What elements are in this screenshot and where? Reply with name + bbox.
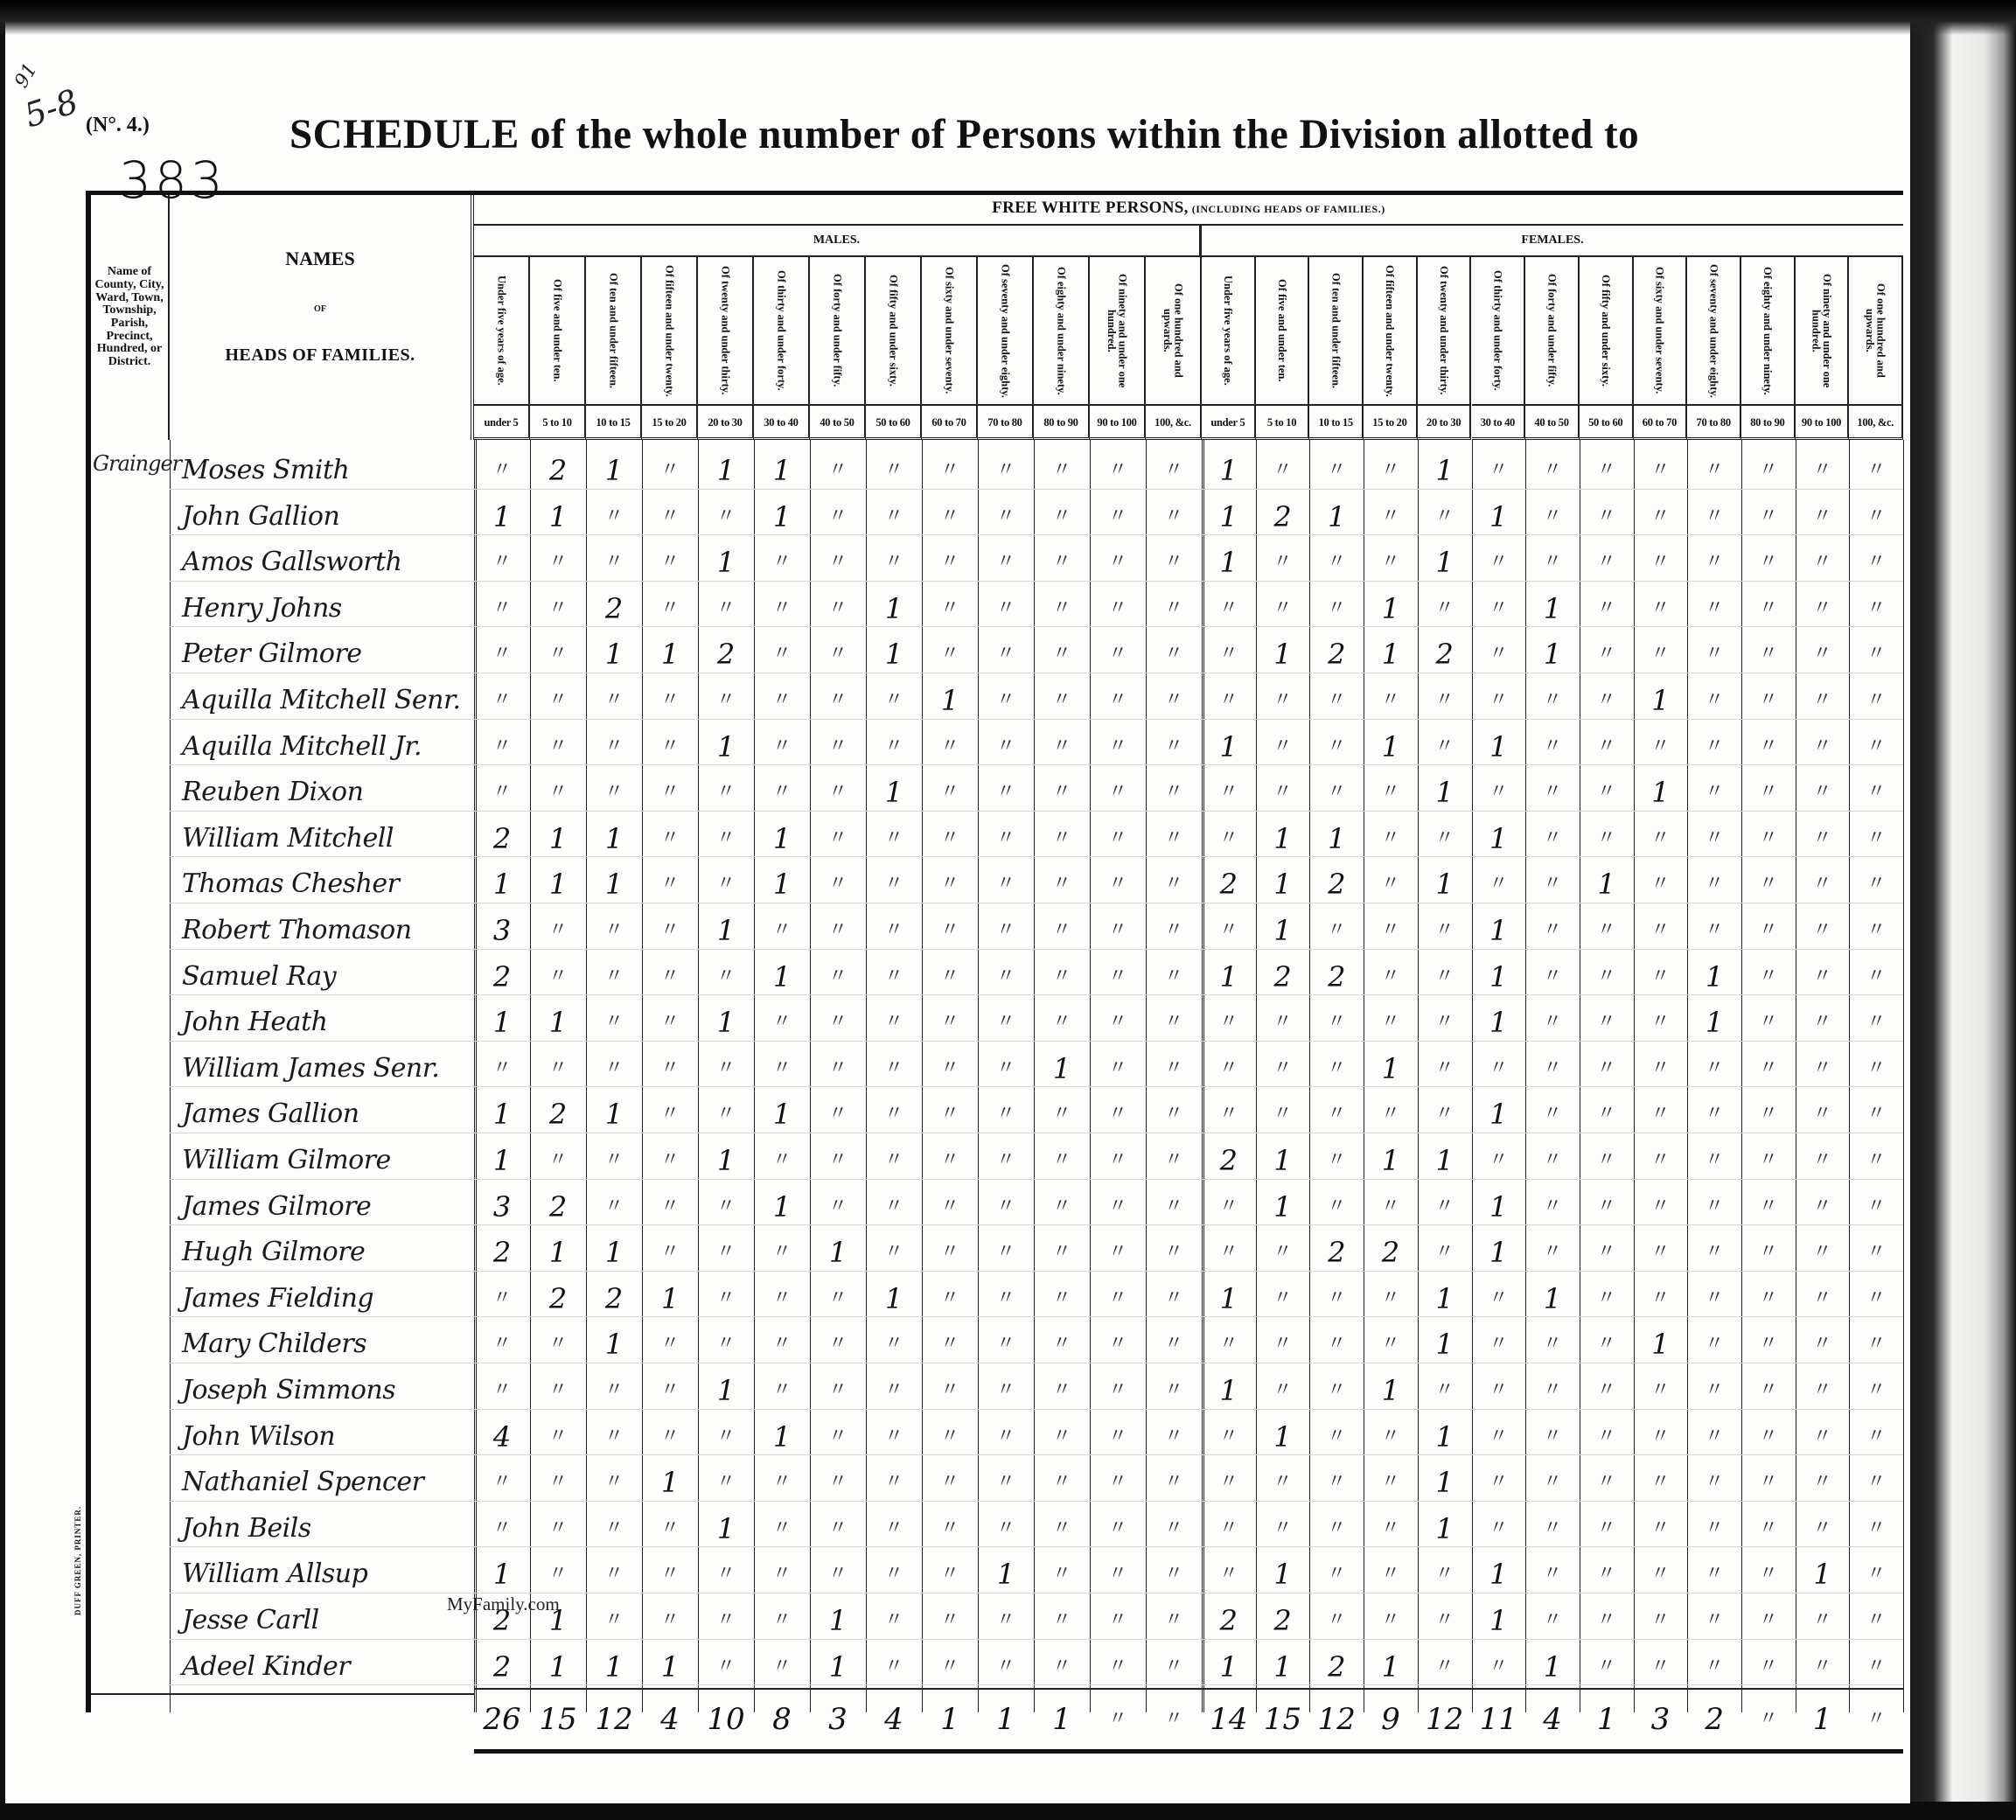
females-count-cell: 〃 — [1797, 1644, 1848, 1690]
females-count-cell: 〃 — [1635, 1184, 1685, 1230]
females-count-cell: 〃 — [1258, 1000, 1308, 1045]
females-age-range-label: under 5 — [1202, 404, 1256, 440]
age-column-description: Of thirty and under forty. — [776, 270, 787, 391]
males-count-cell: 〃 — [924, 1506, 975, 1552]
males-count-cell: 〃 — [701, 678, 751, 723]
females-count-cell: 〃 — [1635, 448, 1685, 493]
females-count-cell: 〃 — [1635, 1046, 1685, 1091]
county-column-header: Name of County, City, Ward, Town, Townsh… — [91, 195, 170, 440]
head-of-family-name: Amos Gallsworth — [182, 540, 402, 585]
column-divider — [1090, 440, 1091, 1712]
females-age-column-header: Of twenty and under thirty. — [1418, 257, 1472, 404]
males-count-cell: 〃 — [589, 494, 639, 540]
males-count-cell: 〃 — [645, 448, 695, 493]
males-count-cell: 2 — [533, 448, 583, 493]
head-of-family-name: Aquilla Mitchell Jr. — [182, 724, 422, 770]
head-of-family-name: William James Senr. — [182, 1046, 439, 1091]
census-table: Name of County, City, Ward, Town, Townsh… — [86, 191, 1903, 1712]
females-count-cell: 〃 — [1635, 494, 1685, 540]
females-count-cell: 〃 — [1203, 1552, 1254, 1597]
head-of-family-name: Jesse Carll — [182, 1598, 319, 1643]
males-count-cell: 〃 — [924, 770, 975, 815]
males-count-cell: 〃 — [924, 1276, 975, 1321]
males-count-cell: 〃 — [1148, 724, 1199, 770]
males-count-cell: 〃 — [1148, 1046, 1199, 1091]
females-count-cell: 〃 — [1203, 678, 1254, 723]
males-count-cell: 〃 — [589, 1414, 639, 1460]
males-count-cell: 2 — [477, 816, 527, 861]
males-count-cell: 〃 — [757, 1321, 807, 1367]
age-column-description: Of five and under ten. — [552, 279, 563, 382]
males-age-range-label: 5 to 10 — [530, 404, 586, 440]
males-count-cell: 〃 — [980, 1460, 1031, 1505]
females-age-column-header: Of fifteen and under twenty. — [1364, 257, 1418, 404]
males-count-cell: 〃 — [1092, 770, 1143, 815]
females-count-cell: 〃 — [1797, 586, 1848, 631]
females-count-cell: 〃 — [1689, 1184, 1740, 1230]
females-count-cell: 2 — [1258, 494, 1308, 540]
males-count-cell: 1 — [868, 1276, 919, 1321]
females-count-cell: 〃 — [1581, 1460, 1632, 1505]
head-of-family-name: Hugh Gilmore — [182, 1230, 365, 1275]
males-count-cell: 〃 — [1092, 816, 1143, 861]
females-count-cell: 〃 — [1797, 861, 1848, 907]
males-age-column-header: Of thirty and under forty. — [754, 257, 810, 404]
females-count-cell: 〃 — [1797, 1368, 1848, 1413]
males-count-cell: 〃 — [701, 1460, 751, 1505]
males-count-cell: 〃 — [813, 816, 863, 861]
females-count-cell: 〃 — [1689, 861, 1740, 907]
males-count-cell: 〃 — [1036, 816, 1087, 861]
females-count-cell: 1 — [1203, 448, 1254, 493]
females-count-cell: 〃 — [1258, 1460, 1308, 1505]
females-count-cell: 〃 — [1203, 1506, 1254, 1552]
males-count-cell: 〃 — [477, 1368, 527, 1413]
males-count-cell: 〃 — [645, 1000, 695, 1045]
females-count-cell: 1 — [1635, 678, 1685, 723]
age-column-description: Of forty and under fifty. — [1546, 274, 1558, 387]
females-count-cell: 〃 — [1689, 1091, 1740, 1137]
females-count-cell: 〃 — [1635, 1091, 1685, 1137]
females-age-column-header: Of forty and under fifty. — [1525, 257, 1580, 404]
females-age-column-header: Of eighty and under ninety. — [1741, 257, 1796, 404]
females-count-cell: 〃 — [1365, 540, 1416, 585]
males-count-cell: 〃 — [701, 861, 751, 907]
females-count-cell: 〃 — [1635, 1138, 1685, 1183]
females-count-cell: 1 — [1689, 1000, 1740, 1045]
males-count-cell: 〃 — [757, 540, 807, 585]
females-count-cell: 〃 — [1797, 1138, 1848, 1183]
males-count-cell: 〃 — [645, 1046, 695, 1091]
males-count-cell: 〃 — [868, 1138, 919, 1183]
females-count-cell: 〃 — [1258, 1276, 1308, 1321]
males-count-cell: 2 — [589, 1276, 639, 1321]
males-count-cell: 〃 — [868, 861, 919, 907]
females-count-cell: 〃 — [1581, 1368, 1632, 1413]
males-count-cell: 〃 — [701, 1230, 751, 1275]
females-count-cell: 〃 — [1365, 678, 1416, 723]
head-of-family-name: John Wilson — [182, 1414, 335, 1460]
males-count-cell: 〃 — [1036, 1276, 1087, 1321]
age-column-description: Of fifteen and under twenty. — [1385, 265, 1396, 397]
females-total-cell: 12 — [1311, 1697, 1362, 1742]
males-count-cell: 2 — [533, 1276, 583, 1321]
column-divider — [1903, 440, 1904, 1712]
females-count-cell: 〃 — [1581, 908, 1632, 953]
females-count-cell: 2 — [1311, 631, 1362, 677]
males-count-cell: 〃 — [813, 954, 863, 1000]
females-count-cell: 〃 — [1581, 1184, 1632, 1230]
males-count-cell: 〃 — [477, 1460, 527, 1505]
females-age-column-header: Of ninety and under one hundred. — [1796, 257, 1850, 404]
column-divider — [1580, 440, 1580, 1712]
males-count-cell: 〃 — [924, 1598, 975, 1643]
males-count-cell: 〃 — [924, 908, 975, 953]
females-count-cell: 〃 — [1743, 1368, 1794, 1413]
males-count-cell: 1 — [868, 586, 919, 631]
head-of-family-name: James Fielding — [182, 1276, 373, 1321]
males-count-cell: 〃 — [980, 1138, 1031, 1183]
males-count-cell: 〃 — [1036, 1000, 1087, 1045]
females-count-cell: 〃 — [1635, 1276, 1685, 1321]
males-count-cell: 〃 — [757, 724, 807, 770]
males-count-cell: 〃 — [813, 908, 863, 953]
females-count-cell: 〃 — [1420, 586, 1470, 631]
males-age-column-header: Of eighty and under ninety. — [1034, 257, 1090, 404]
females-count-cell: 〃 — [1635, 1552, 1685, 1597]
females-count-cell: 〃 — [1851, 1644, 1901, 1690]
males-count-cell: 〃 — [813, 494, 863, 540]
females-count-cell: 〃 — [1581, 1321, 1632, 1367]
males-count-cell: 2 — [589, 586, 639, 631]
females-count-cell: 〃 — [1581, 1414, 1632, 1460]
males-count-cell: 〃 — [1092, 1138, 1143, 1183]
males-total-cell: 1 — [980, 1697, 1031, 1742]
females-count-cell: 1 — [1420, 1321, 1470, 1367]
females-count-cell: 〃 — [1473, 448, 1524, 493]
age-column-description: Of twenty and under thirty. — [720, 266, 731, 394]
males-count-cell: 〃 — [980, 1276, 1031, 1321]
females-count-cell: 〃 — [1311, 770, 1362, 815]
females-count-cell: 〃 — [1851, 1321, 1901, 1367]
females-count-cell: 〃 — [1851, 494, 1901, 540]
males-age-column-header: Of forty and under fifty. — [810, 257, 866, 404]
age-column-description: Of eighty and under ninety. — [1762, 267, 1774, 395]
males-count-cell: 〃 — [1148, 1506, 1199, 1552]
females-count-cell: 〃 — [1527, 1506, 1578, 1552]
column-divider — [1741, 440, 1742, 1712]
females-count-cell: 〃 — [1851, 631, 1901, 677]
females-count-cell: 〃 — [1581, 631, 1632, 677]
females-total-cell: 9 — [1365, 1697, 1416, 1742]
males-count-cell: 〃 — [1148, 1138, 1199, 1183]
females-count-cell: 〃 — [1635, 1000, 1685, 1045]
females-count-cell: 〃 — [1851, 1046, 1901, 1091]
females-count-cell: 〃 — [1743, 908, 1794, 953]
females-count-cell: 1 — [1527, 1644, 1578, 1690]
males-count-cell: 〃 — [757, 1276, 807, 1321]
males-count-cell: 〃 — [645, 1598, 695, 1643]
males-total-cell: 〃 — [1092, 1697, 1143, 1742]
males-count-cell: 〃 — [477, 540, 527, 585]
age-column-description: Of seventy and under eighty. — [1708, 264, 1720, 398]
males-count-cell: 〃 — [645, 908, 695, 953]
females-count-cell: 2 — [1420, 631, 1470, 677]
females-age-column-header: Under five years of age. — [1202, 257, 1256, 404]
head-of-family-name: Mary Childers — [182, 1321, 366, 1367]
males-count-cell: 〃 — [1036, 540, 1087, 585]
head-of-family-name: James Gallion — [182, 1091, 359, 1137]
females-count-cell: 〃 — [1365, 1321, 1416, 1367]
column-divider — [810, 440, 811, 1712]
males-count-cell: 〃 — [533, 954, 583, 1000]
males-total-cell: 4 — [645, 1697, 695, 1742]
females-count-cell: 2 — [1203, 1138, 1254, 1183]
females-count-cell: 〃 — [1743, 1230, 1794, 1275]
males-count-cell: 〃 — [645, 861, 695, 907]
females-count-cell: 〃 — [1420, 1552, 1470, 1597]
males-count-cell: 〃 — [813, 1000, 863, 1045]
males-count-cell: 〃 — [645, 540, 695, 585]
males-count-cell: 〃 — [757, 770, 807, 815]
males-count-cell: 1 — [757, 816, 807, 861]
males-total-cell: 12 — [589, 1697, 639, 1742]
females-count-cell: 〃 — [1365, 954, 1416, 1000]
total-line-left — [91, 1693, 474, 1695]
males-count-cell: 〃 — [980, 724, 1031, 770]
males-count-cell: 〃 — [1092, 586, 1143, 631]
females-count-cell: 〃 — [1365, 861, 1416, 907]
females-count-cell: 〃 — [1365, 1552, 1416, 1597]
males-count-cell: 〃 — [1092, 954, 1143, 1000]
males-count-cell: 4 — [477, 1414, 527, 1460]
males-count-cell: 〃 — [1148, 1460, 1199, 1505]
males-count-cell: 1 — [645, 1276, 695, 1321]
males-count-cell: 〃 — [757, 1230, 807, 1275]
females-age-range-label: 60 to 70 — [1634, 404, 1688, 440]
males-count-cell: 〃 — [645, 1321, 695, 1367]
males-count-cell: 〃 — [645, 1368, 695, 1413]
column-divider — [1634, 440, 1635, 1712]
females-count-cell: 〃 — [1743, 678, 1794, 723]
females-count-cell: 〃 — [1797, 631, 1848, 677]
males-count-cell: 〃 — [1092, 631, 1143, 677]
females-count-cell: 〃 — [1581, 448, 1632, 493]
females-count-cell: 〃 — [1527, 1321, 1578, 1367]
head-of-family-name: Henry Johns — [182, 586, 342, 631]
females-count-cell: 1 — [1420, 1414, 1470, 1460]
males-total-cell: 1 — [924, 1697, 975, 1742]
males-count-cell: 〃 — [533, 586, 583, 631]
females-total-cell: 1 — [1581, 1697, 1632, 1742]
males-count-cell: 〃 — [980, 494, 1031, 540]
females-count-cell: 〃 — [1797, 724, 1848, 770]
males-count-cell: 2 — [701, 631, 751, 677]
females-count-cell: 〃 — [1743, 540, 1794, 585]
females-count-cell: 〃 — [1365, 1460, 1416, 1505]
males-age-range-label: 30 to 40 — [754, 404, 810, 440]
head-of-family-name: Samuel Ray — [182, 954, 336, 1000]
age-column-description: Of ninety and under one hundred. — [1106, 261, 1128, 401]
males-count-cell: 〃 — [477, 631, 527, 677]
females-count-cell: 2 — [1203, 1598, 1254, 1643]
females-count-cell: 〃 — [1743, 1598, 1794, 1643]
males-count-cell: 1 — [813, 1598, 863, 1643]
females-count-cell: 〃 — [1420, 908, 1470, 953]
age-column-description: Of seventy and under eighty. — [1000, 264, 1011, 398]
females-count-cell: 〃 — [1797, 1321, 1848, 1367]
males-age-range-label: 50 to 60 — [866, 404, 922, 440]
males-count-cell: 1 — [645, 1460, 695, 1505]
males-count-cell: 〃 — [1148, 1368, 1199, 1413]
males-count-cell: 〃 — [868, 1644, 919, 1690]
females-count-cell: 1 — [1258, 861, 1308, 907]
females-count-cell: 〃 — [1527, 954, 1578, 1000]
females-count-cell: 〃 — [1203, 816, 1254, 861]
females-count-cell: 〃 — [1311, 908, 1362, 953]
males-count-cell: 〃 — [589, 678, 639, 723]
head-of-family-name: Adeel Kinder — [182, 1644, 350, 1690]
males-age-column-header: Of sixty and under seventy. — [922, 257, 978, 404]
males-count-cell: 〃 — [589, 1138, 639, 1183]
males-count-cell: 〃 — [477, 770, 527, 815]
males-count-cell: 1 — [813, 1644, 863, 1690]
males-count-cell: 〃 — [980, 954, 1031, 1000]
males-count-cell: 〃 — [701, 1091, 751, 1137]
head-of-family-name: William Gilmore — [182, 1138, 391, 1183]
females-count-cell: 〃 — [1527, 1230, 1578, 1275]
females-count-cell: 〃 — [1581, 1230, 1632, 1275]
males-total-cell: 26 — [477, 1697, 527, 1742]
females-count-cell: 〃 — [1473, 1506, 1524, 1552]
males-count-cell: 〃 — [813, 1046, 863, 1091]
females-count-cell: 1 — [1473, 1000, 1524, 1045]
males-count-cell: 〃 — [757, 1460, 807, 1505]
males-count-cell: 〃 — [924, 861, 975, 907]
females-count-cell: 〃 — [1851, 448, 1901, 493]
females-count-cell: 〃 — [1473, 1644, 1524, 1690]
column-divider — [1256, 440, 1257, 1712]
females-count-cell: 1 — [1203, 1368, 1254, 1413]
males-count-cell: 〃 — [1036, 1091, 1087, 1137]
males-count-cell: 〃 — [868, 1230, 919, 1275]
females-count-cell: 1 — [1473, 816, 1524, 861]
females-count-cell: 1 — [1473, 908, 1524, 953]
females-count-cell: 〃 — [1581, 954, 1632, 1000]
males-count-cell: 1 — [701, 908, 751, 953]
females-age-column-header: Of ten and under fifteen. — [1309, 257, 1364, 404]
females-total-cell: 15 — [1258, 1697, 1308, 1742]
column-divider — [1309, 440, 1310, 1712]
males-count-cell: 〃 — [868, 1184, 919, 1230]
males-count-cell: 〃 — [1036, 1414, 1087, 1460]
males-count-cell: 〃 — [533, 1321, 583, 1367]
females-count-cell: 〃 — [1797, 770, 1848, 815]
males-count-cell: 〃 — [1036, 631, 1087, 677]
bottom-rule — [474, 1749, 1903, 1754]
females-count-cell: 1 — [1311, 816, 1362, 861]
females-total-cell: 14 — [1203, 1697, 1254, 1742]
females-count-cell: 〃 — [1420, 1000, 1470, 1045]
males-count-cell: 1 — [477, 861, 527, 907]
column-divider — [1418, 440, 1419, 1712]
males-count-cell: 1 — [533, 816, 583, 861]
males-count-cell: 〃 — [757, 678, 807, 723]
females-total-cell: 11 — [1473, 1697, 1524, 1742]
males-count-cell: 〃 — [813, 1552, 863, 1597]
males-count-cell: 〃 — [813, 586, 863, 631]
females-count-cell: 〃 — [1689, 494, 1740, 540]
head-of-family-name: Peter Gilmore — [182, 631, 362, 677]
females-total-cell: 4 — [1527, 1697, 1578, 1742]
males-count-cell: 〃 — [645, 494, 695, 540]
males-count-cell: 〃 — [868, 1460, 919, 1505]
females-count-cell: 〃 — [1258, 540, 1308, 585]
males-age-column-header: Of ninety and under one hundred. — [1090, 257, 1146, 404]
males-count-cell: 〃 — [477, 1276, 527, 1321]
females-age-range-label: 70 to 80 — [1687, 404, 1741, 440]
males-count-cell: 〃 — [645, 678, 695, 723]
females-count-cell: 〃 — [1311, 1046, 1362, 1091]
females-count-cell: 〃 — [1689, 448, 1740, 493]
head-of-family-name: John Heath — [182, 1000, 327, 1045]
males-count-cell: 〃 — [701, 1598, 751, 1643]
males-count-cell: 〃 — [868, 1506, 919, 1552]
females-count-cell: 〃 — [1797, 1598, 1848, 1643]
males-count-cell: 〃 — [701, 770, 751, 815]
females-count-cell: 1 — [1258, 1184, 1308, 1230]
males-count-cell: 〃 — [701, 1046, 751, 1091]
males-count-cell: 〃 — [1036, 954, 1087, 1000]
males-count-cell: 3 — [477, 908, 527, 953]
males-count-cell: 〃 — [533, 770, 583, 815]
corner-note: 91 — [10, 59, 42, 92]
males-count-cell: 〃 — [924, 954, 975, 1000]
males-count-cell: 〃 — [701, 816, 751, 861]
age-column-description: Of eighty and under ninety. — [1056, 267, 1067, 395]
males-count-cell: 1 — [757, 448, 807, 493]
males-count-cell: 〃 — [589, 770, 639, 815]
head-of-family-name: Aquilla Mitchell Senr. — [182, 678, 461, 723]
females-count-cell: 2 — [1258, 954, 1308, 1000]
females-count-cell: 〃 — [1851, 1091, 1901, 1137]
males-count-cell: 〃 — [701, 954, 751, 1000]
females-count-cell: 〃 — [1581, 1506, 1632, 1552]
females-count-cell: 〃 — [1420, 678, 1470, 723]
head-of-family-name: Thomas Chesher — [182, 861, 400, 907]
females-count-cell: 〃 — [1258, 1321, 1308, 1367]
males-count-cell: 〃 — [980, 540, 1031, 585]
females-count-cell: 〃 — [1311, 1414, 1362, 1460]
females-total-cell: 3 — [1635, 1697, 1685, 1742]
age-column-description: Of twenty and under thirty. — [1438, 266, 1449, 394]
column-divider — [922, 440, 923, 1712]
females-count-cell: 〃 — [1635, 586, 1685, 631]
column-divider — [1472, 440, 1473, 1712]
females-count-cell: 〃 — [1851, 770, 1901, 815]
females-count-cell: 〃 — [1851, 861, 1901, 907]
males-count-cell: 〃 — [589, 1506, 639, 1552]
males-count-cell: 1 — [589, 1230, 639, 1275]
females-count-cell: 〃 — [1743, 816, 1794, 861]
males-count-cell: 2 — [533, 1091, 583, 1137]
males-count-cell: 〃 — [924, 1046, 975, 1091]
males-count-cell: 〃 — [980, 861, 1031, 907]
males-count-cell: 1 — [1036, 1046, 1087, 1091]
age-column-description: Of fifteen and under twenty. — [664, 265, 675, 397]
males-count-cell: 〃 — [1148, 1276, 1199, 1321]
females-count-cell: 1 — [1420, 1138, 1470, 1183]
